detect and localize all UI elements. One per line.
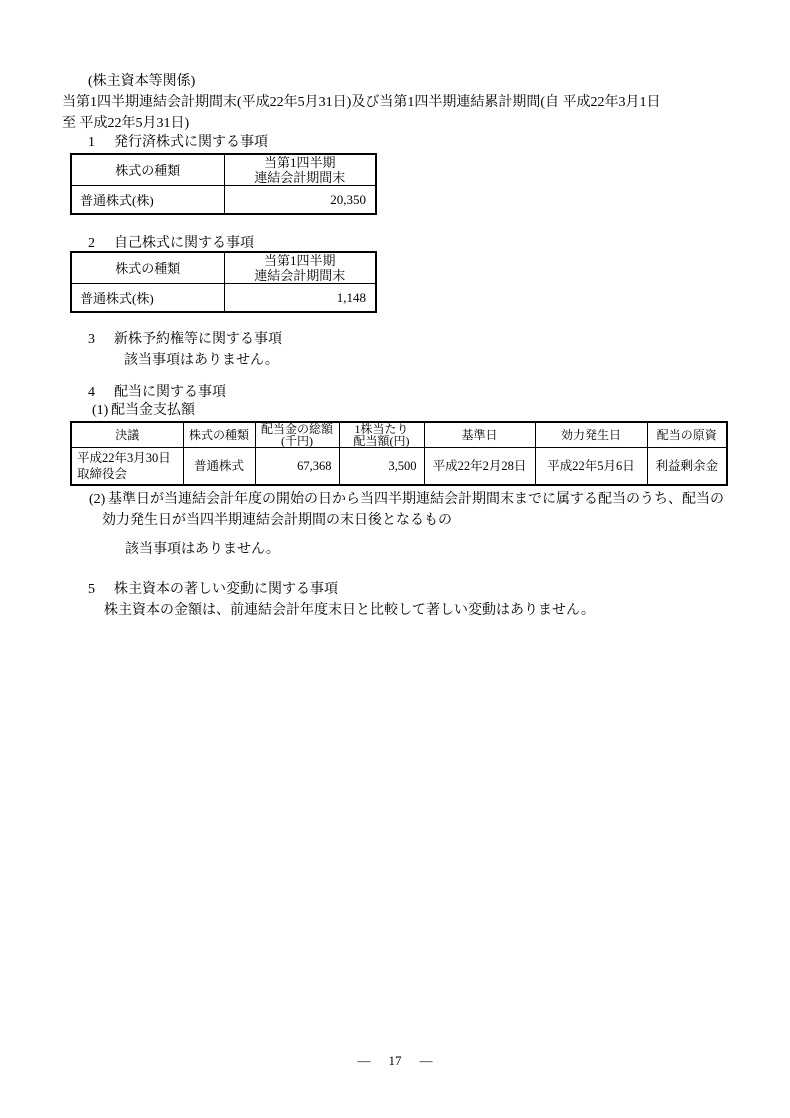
section-5-title: 株主資本の著しい変動に関する事項 (114, 582, 338, 597)
dividend-header-total: 配当金の総額 (千円) (255, 422, 339, 448)
dividend-header-per-share: 1株当たり 配当額(円) (339, 422, 424, 448)
dividends-paid-table: 決議 株式の種類 配当金の総額 (千円) 1株当たり 配当額(円) 基準日 効力… (70, 421, 728, 486)
table-row: 普通株式(株) 1,148 (71, 284, 376, 313)
section-2-title: 自己株式に関する事項 (114, 236, 254, 251)
dividend-row-resolution-line2: 取締役会 (77, 466, 183, 482)
table-row: 普通株式(株) 20,350 (71, 186, 376, 215)
section-3-heading: 3新株予約権等に関する事項 (88, 330, 282, 350)
dividend-row-source: 利益剰余金 (647, 448, 727, 486)
dividend-row-record-date: 平成22年2月28日 (424, 448, 535, 486)
dividend-row-resolution-line1: 平成22年3月30日 (77, 450, 183, 466)
section-5-body: 株主資本の金額は、前連結会計年度末日と比較して著しい変動はありません。 (104, 601, 595, 621)
treasury-shares-row-type: 普通株式(株) (71, 284, 224, 313)
section-4-sub2-marker: (2) (89, 490, 108, 510)
section-5-number: 5 (88, 580, 114, 600)
dividend-header-record-date: 基準日 (424, 422, 535, 448)
issued-shares-header-period-line1: 当第1四半期 (225, 155, 376, 170)
dividend-header-stock-type: 株式の種類 (183, 422, 255, 448)
intro-line-1: 当第1四半期連結会計期間末(平成22年5月31日)及び当第1四半期連結累計期間(… (62, 93, 660, 113)
dividend-row-effective-date: 平成22年5月6日 (535, 448, 647, 486)
table-header-row: 決議 株式の種類 配当金の総額 (千円) 1株当たり 配当額(円) 基準日 効力… (71, 422, 727, 448)
section-4-sub2-line1-wrap: (2)基準日が当連結会計年度の開始の日から当四半期連結会計期間末までに属する配当… (89, 490, 724, 510)
treasury-shares-header-period-line2: 連結会計期間末 (225, 268, 376, 283)
dividend-row-per-share: 3,500 (339, 448, 424, 486)
section-1-title: 発行済株式に関する事項 (114, 135, 268, 150)
dividend-header-per-share-line2: 配当額(円) (340, 435, 424, 447)
section-1-number: 1 (88, 133, 114, 153)
table-header-row: 株式の種類 当第1四半期 連結会計期間末 (71, 252, 376, 284)
section-3-number: 3 (88, 330, 114, 350)
section-3-note: 該当事項はありません。 (124, 351, 279, 371)
section-4-number: 4 (88, 383, 114, 403)
table-header-row: 株式の種類 当第1四半期 連結会計期間末 (71, 154, 376, 186)
page-footer: —17— (0, 1051, 790, 1071)
section-1-heading: 1発行済株式に関する事項 (88, 133, 268, 153)
footer-dash-left: — (358, 1053, 371, 1068)
issued-shares-header-period-line2: 連結会計期間末 (225, 170, 376, 185)
dividend-header-effective-date: 効力発生日 (535, 422, 647, 448)
section-5-heading: 5株主資本の著しい変動に関する事項 (88, 580, 338, 600)
page-number: 17 (389, 1053, 402, 1068)
issued-shares-table: 株式の種類 当第1四半期 連結会計期間末 普通株式(株) 20,350 (70, 153, 377, 215)
section-3-title: 新株予約権等に関する事項 (114, 332, 282, 347)
section-4-sub2-line1: 基準日が当連結会計年度の開始の日から当四半期連結会計期間末までに属する配当のうち… (108, 492, 724, 507)
section-4-sub2-line2: 効力発生日が当四半期連結会計期間の末日後となるもの (102, 511, 452, 531)
issued-shares-header-type: 株式の種類 (71, 154, 224, 186)
footer-dash-right: — (420, 1053, 433, 1068)
section-4-sub1-title: 配当金支払額 (111, 403, 195, 418)
note-title: (株主資本等関係) (88, 72, 195, 92)
treasury-shares-table: 株式の種類 当第1四半期 連結会計期間末 普通株式(株) 1,148 (70, 251, 377, 313)
dividend-row-total: 67,368 (255, 448, 339, 486)
dividend-header-total-line2: (千円) (256, 435, 339, 447)
section-4-sub2-note: 該当事項はありません。 (125, 540, 280, 560)
intro-line-2: 至 平成22年5月31日) (62, 114, 189, 134)
issued-shares-row-value: 20,350 (224, 186, 376, 215)
section-4-title: 配当に関する事項 (114, 385, 226, 400)
treasury-shares-header-type: 株式の種類 (71, 252, 224, 284)
treasury-shares-header-period-line1: 当第1四半期 (225, 253, 376, 268)
section-4-sub1-heading: (1)配当金支払額 (92, 401, 195, 421)
section-4-heading: 4配当に関する事項 (88, 383, 226, 403)
document-page: (株主資本等関係) 当第1四半期連結会計期間末(平成22年5月31日)及び当第1… (0, 0, 790, 1118)
dividend-row-resolution: 平成22年3月30日 取締役会 (71, 448, 183, 486)
issued-shares-row-type: 普通株式(株) (71, 186, 224, 215)
dividend-header-resolution: 決議 (71, 422, 183, 448)
issued-shares-header-period: 当第1四半期 連結会計期間末 (224, 154, 376, 186)
dividend-row-stock-type: 普通株式 (183, 448, 255, 486)
section-4-sub1-marker: (1) (92, 401, 111, 421)
treasury-shares-header-period: 当第1四半期 連結会計期間末 (224, 252, 376, 284)
treasury-shares-row-value: 1,148 (224, 284, 376, 313)
table-row: 平成22年3月30日 取締役会 普通株式 67,368 3,500 平成22年2… (71, 448, 727, 486)
dividend-header-source: 配当の原資 (647, 422, 727, 448)
